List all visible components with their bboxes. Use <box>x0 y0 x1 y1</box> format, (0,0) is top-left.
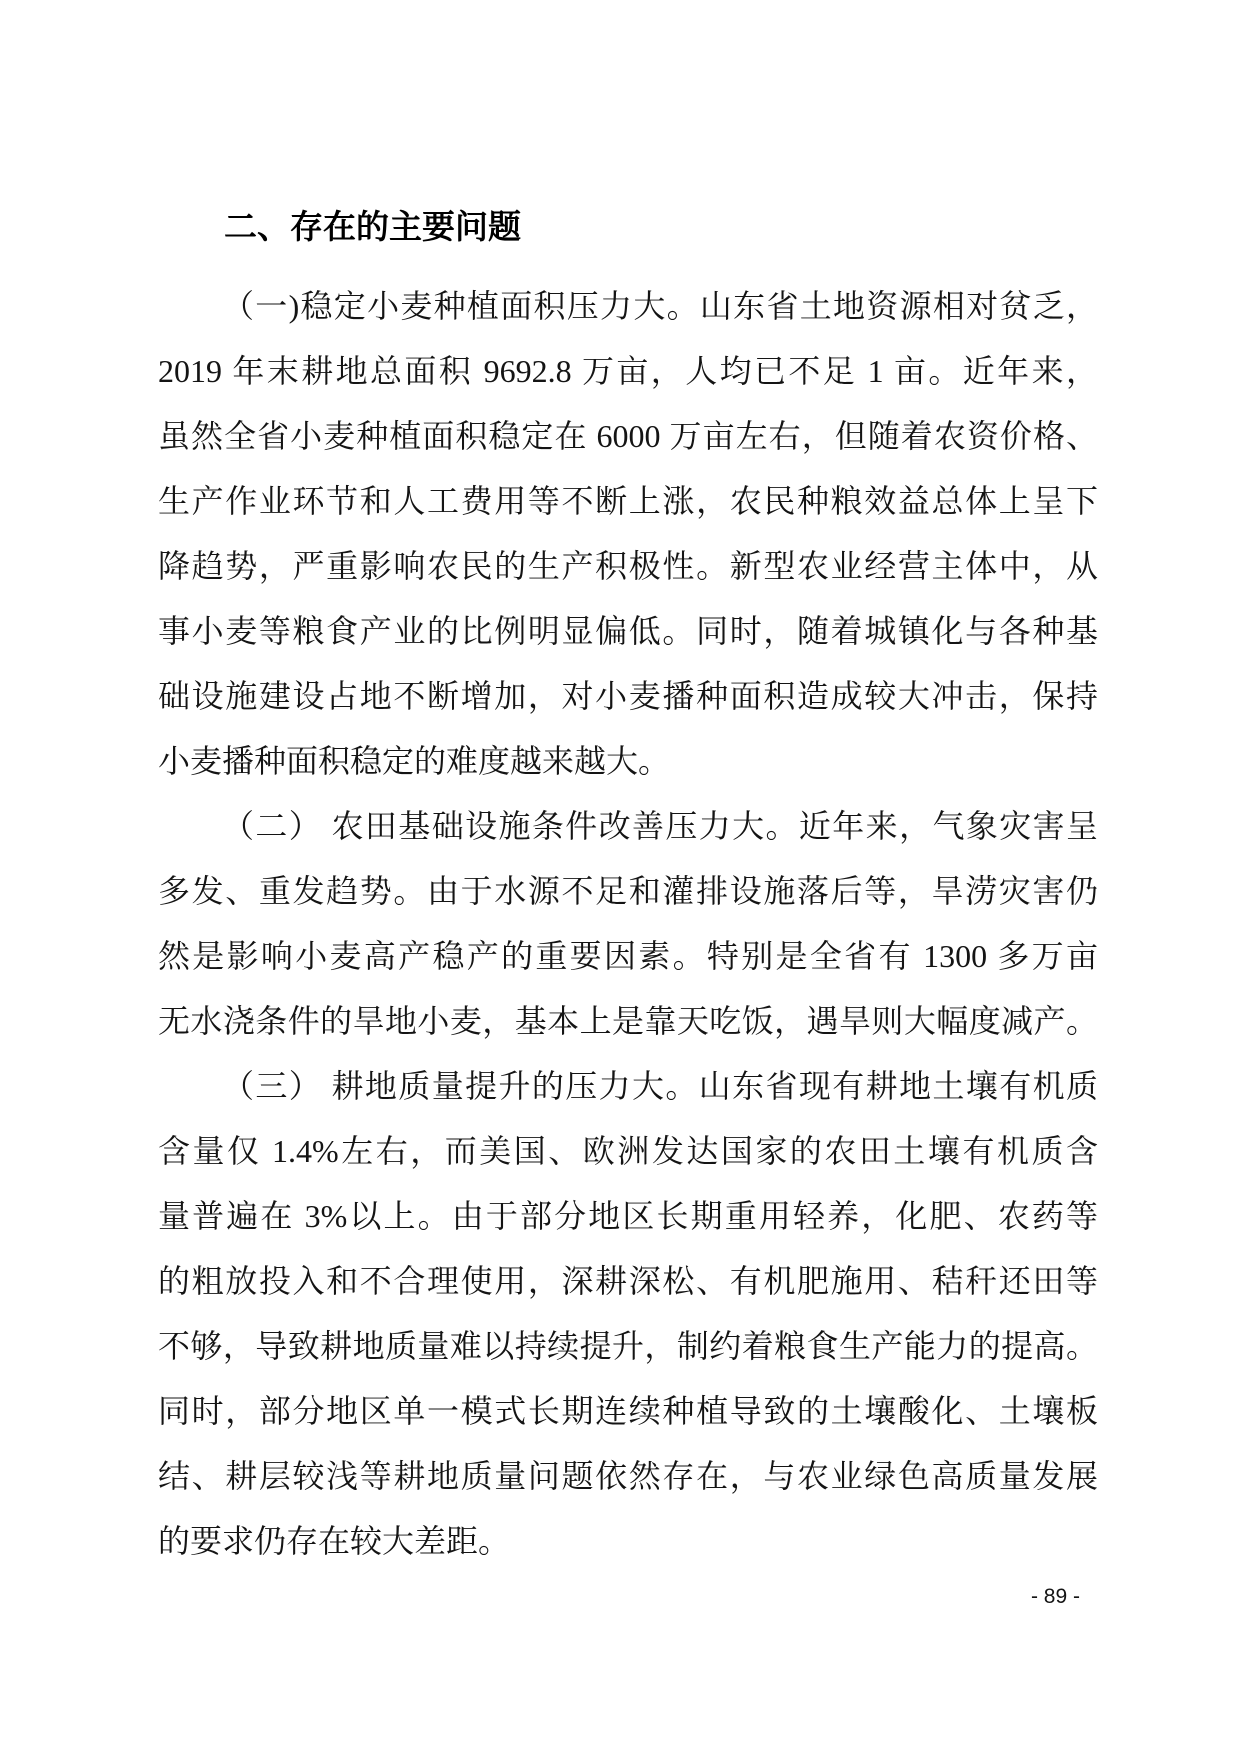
text-line: 生产作业环节和人工费用等不断上涨，农民种粮效益总体上呈下 <box>158 469 1098 534</box>
text-line: 多发、重发趋势。由于水源不足和灌排设施落后等，旱涝灾害仍 <box>158 859 1098 924</box>
paragraph-3: （三） 耕地质量提升的压力大。山东省现有耕地土壤有机质 含量仅 1.4%左右，而… <box>158 1054 1098 1574</box>
document-content: 二、存在的主要问题 （一)稳定小麦种植面积压力大。山东省土地资源相对贫乏， 20… <box>158 196 1098 1574</box>
text-line: 的要求仍存在较大差距。 <box>158 1509 1098 1574</box>
text-line: 的粗放投入和不合理使用，深耕深松、有机肥施用、秸秆还田等 <box>158 1249 1098 1314</box>
text-line: 础设施建设占地不断增加，对小麦播种面积造成较大冲击，保持 <box>158 664 1098 729</box>
paragraph-1: （一)稳定小麦种植面积压力大。山东省土地资源相对贫乏， 2019 年末耕地总面积… <box>158 274 1098 794</box>
text-line: 虽然全省小麦种植面积稳定在 6000 万亩左右，但随着农资价格、 <box>158 404 1098 469</box>
paragraph-2: （二） 农田基础设施条件改善压力大。近年来，气象灾害呈 多发、重发趋势。由于水源… <box>158 794 1098 1054</box>
text-line: 含量仅 1.4%左右，而美国、欧洲发达国家的农田土壤有机质含 <box>158 1119 1098 1184</box>
text-line: 事小麦等粮食产业的比例明显偏低。同时，随着城镇化与各种基 <box>158 599 1098 664</box>
text-line: （二） 农田基础设施条件改善压力大。近年来，气象灾害呈 <box>158 794 1098 859</box>
text-line: 无水浇条件的旱地小麦，基本上是靠天吃饭，遇旱则大幅度减产。 <box>158 989 1098 1054</box>
text-line: 2019 年末耕地总面积 9692.8 万亩，人均已不足 1 亩。近年来， <box>158 339 1098 404</box>
text-line: （一)稳定小麦种植面积压力大。山东省土地资源相对贫乏， <box>158 274 1098 339</box>
page-number: - 89 - <box>1031 1585 1080 1609</box>
section-heading: 二、存在的主要问题 <box>158 196 1098 258</box>
text-line: （三） 耕地质量提升的压力大。山东省现有耕地土壤有机质 <box>158 1054 1098 1119</box>
text-line: 量普遍在 3%以上。由于部分地区长期重用轻养，化肥、农药等 <box>158 1184 1098 1249</box>
text-line: 同时，部分地区单一模式长期连续种植导致的土壤酸化、土壤板 <box>158 1379 1098 1444</box>
text-line: 然是影响小麦高产稳产的重要因素。特别是全省有 1300 多万亩 <box>158 924 1098 989</box>
text-line: 小麦播种面积稳定的难度越来越大。 <box>158 729 1098 794</box>
text-line: 降趋势，严重影响农民的生产积极性。新型农业经营主体中，从 <box>158 534 1098 599</box>
text-line: 结、耕层较浅等耕地质量问题依然存在，与农业绿色高质量发展 <box>158 1444 1098 1509</box>
text-line: 不够，导致耕地质量难以持续提升，制约着粮食生产能力的提高。 <box>158 1314 1098 1379</box>
document-page: 二、存在的主要问题 （一)稳定小麦种植面积压力大。山东省土地资源相对贫乏， 20… <box>0 0 1240 1754</box>
